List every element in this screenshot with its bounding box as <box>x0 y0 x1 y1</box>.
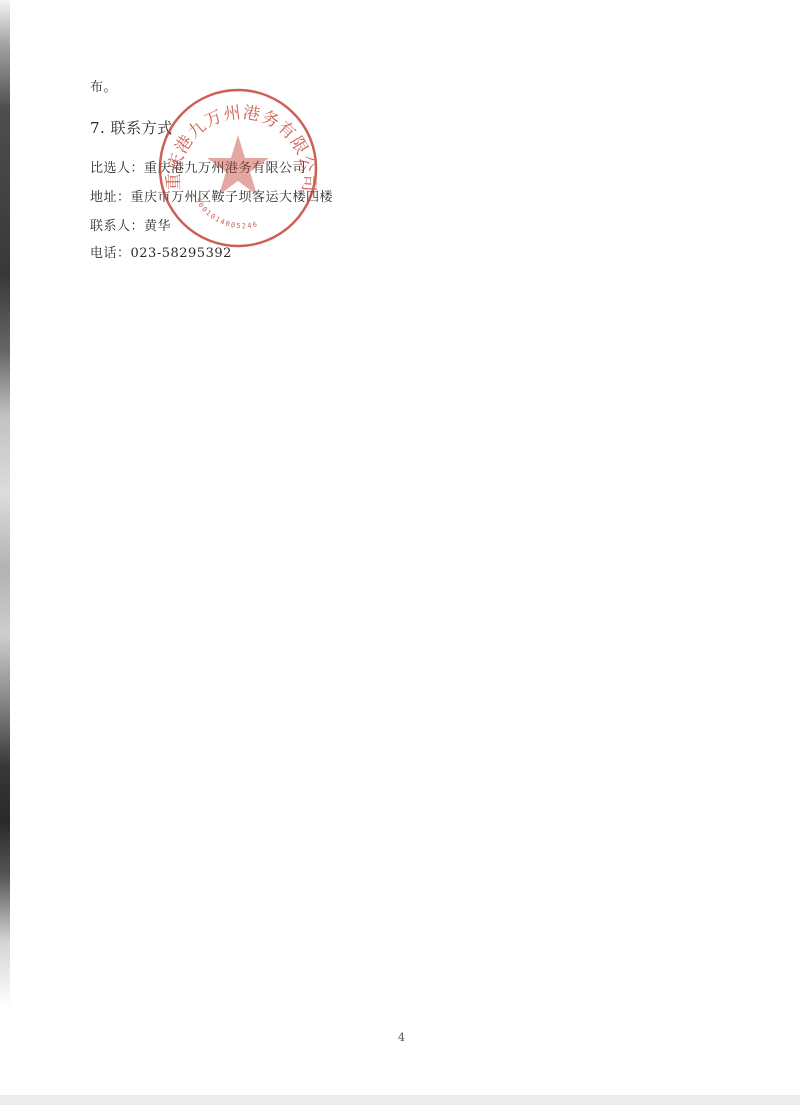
company-seal-stamp: 重庆港九万州港务有限公司 5001014005246 <box>150 80 325 255</box>
scan-edge-shadow <box>0 0 10 1095</box>
page-number: 4 <box>398 1031 405 1044</box>
person-label: 联系人： <box>90 219 144 234</box>
phone-label: 电话： <box>90 246 131 261</box>
party-label: 比选人： <box>90 161 144 176</box>
scan-bottom-strip <box>0 1095 800 1105</box>
svg-text:5001014005246: 5001014005246 <box>193 197 259 231</box>
star-icon <box>207 135 269 195</box>
text-fragment: 布。 <box>90 76 117 95</box>
address-label: 地址： <box>90 190 131 205</box>
